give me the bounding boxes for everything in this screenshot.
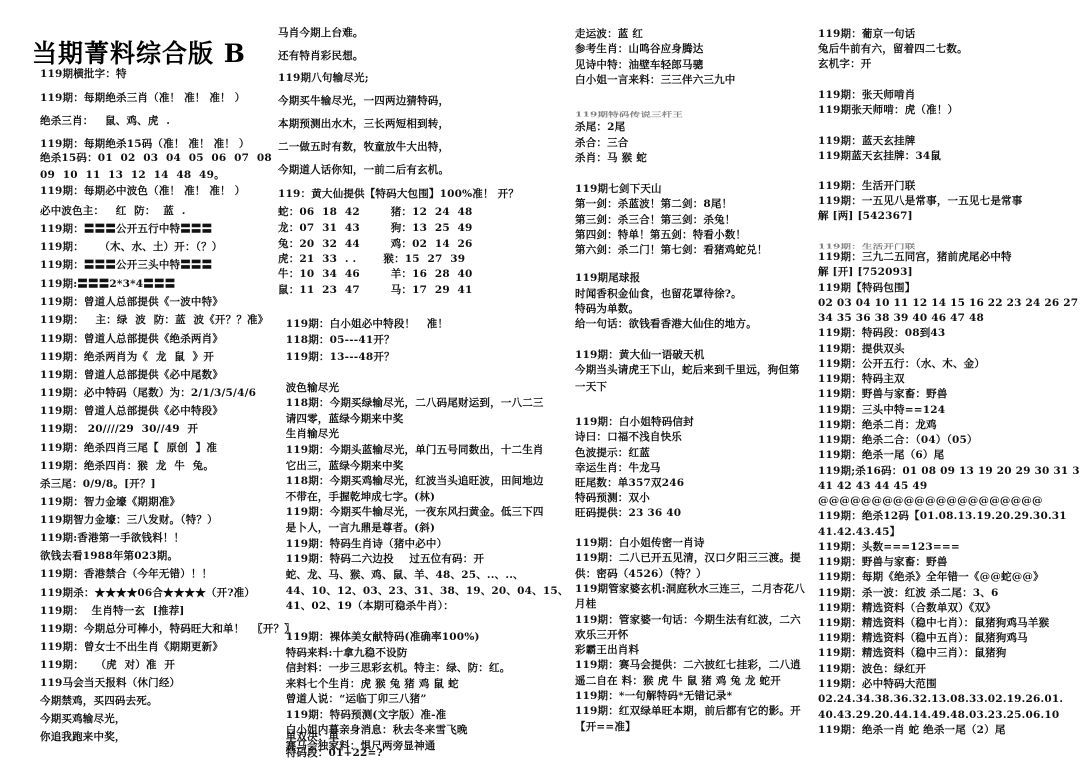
text-line: 白小姐一言来料：三三伴六三九中 [575, 73, 736, 87]
text-line: 解 [开] [752093] [818, 265, 913, 279]
text-line: 彩霸王出肖料 [575, 643, 639, 657]
text-line: 119期：特码预测(文字版）准-准 [278, 708, 446, 722]
text-line: 还有特肖彩民想。 [278, 49, 364, 63]
text-line: 119期：特码生肖诗（猪中必中） [278, 537, 447, 551]
text-line: 119期：绝杀一肖 蛇 绝杀一尾（2）尾 [818, 723, 1006, 737]
text-line: 鼠：11 23 47 马：17 29 41 [278, 283, 473, 297]
text-line: 旺尾数：单357双246 [575, 476, 684, 490]
text-line: 119期：*一句解特码*无错记录* [575, 689, 732, 703]
text-line: 第一剑：杀蓝波！第二剑：8尾！ [575, 197, 732, 211]
text-line: 119期：张天师啃肖 [818, 88, 915, 102]
text-line: @@@@@@@@@@@@@@@@@@@@@ [818, 494, 1043, 508]
text-line: 119期：每期《绝杀》全年错一《@@蛇@@》 [818, 570, 1044, 584]
text-line: 马肖今期上台难。 [278, 26, 364, 40]
text-line: 119期：黄大仙一语破天机 [575, 348, 705, 362]
text-line: 119期：蓝天玄挂牌 [818, 134, 915, 148]
text-line: 解 [两] [542367] [818, 209, 913, 223]
text-line: 119期：特码主双 [818, 372, 905, 386]
text-line: 34 35 36 38 39 40 46 47 48 [818, 311, 984, 325]
text-line: 119期：白小姐必中特段！ 准！ [278, 317, 448, 331]
text-line: 119期：必中特码（尾数）为：2/1/3/5/4/6 [40, 386, 256, 400]
text-line: 41 42 43 44 45 49 [818, 479, 927, 493]
text-line: 118期：05---41开？ [278, 333, 395, 347]
text-line: 必中波色主： 红 防： 蓝 . [40, 204, 186, 218]
text-line: 诗曰：口福不浅自快乐 [575, 430, 682, 444]
text-line: 杀三尾：0/9/8。[开？] [40, 477, 156, 491]
text-line: 绝杀15码：01 02 03 04 05 06 07 08 [40, 151, 272, 165]
text-line: 119期：今期总分可棒小，特码旺大和单！ 〖开？〗 [40, 622, 295, 636]
text-line: 绝杀三肖： 鼠、鸡、虎 . [40, 114, 170, 128]
text-line: 特码预测：双小 [575, 491, 650, 505]
text-line: 119期特码传说三杆王 [575, 111, 683, 119]
text-line: 119期： 生肖特一玄 [推荐] [40, 604, 185, 618]
text-line: 曾道人说：“运临丁卯三八猪” [278, 692, 427, 706]
text-line: 119期： （木、水、土）开：（？） [40, 240, 223, 254]
text-line: 119期：头数===123=== [818, 540, 960, 554]
text-line: 今期禁鸡，买四码去死。 [40, 694, 158, 708]
text-line: 119期： 主：绿 波 防：蓝 波《开？？准》 [40, 313, 268, 327]
text-line: 蛇：06 18 42 猪：12 24 48 [278, 205, 473, 219]
text-line: 今期买鸡输尽光， [40, 712, 126, 726]
text-line: 09 10 11 13 12 14 48 49。 [40, 168, 225, 182]
text-line: 今期买牛输尽光，一四两边猜特码， [278, 94, 449, 108]
text-line: 119：黄大仙提供【特码大包围】100%准！ 开？ [278, 187, 519, 201]
text-line: 第六剑：杀二门！第七剑：看猪鸡蛇兑！ [575, 243, 768, 257]
text-line: 单双决：单 [278, 730, 339, 744]
text-line: 119期：曾女士不出生肖《期期更新》 [40, 640, 223, 654]
text-line: 给一句话：欲钱看香港大仙住的地方。 [575, 317, 757, 331]
text-line: 119期：绝杀两肖为《 龙 鼠 》开 [40, 350, 214, 364]
text-line: 119期：特码二六边投 过五位有码：开 [278, 552, 484, 566]
text-line: 波色输尽光 [278, 381, 339, 395]
text-line: 它出三，蓝绿今期来中奖 [278, 459, 403, 473]
text-line: 供：密码（4526）（特？） [575, 567, 707, 581]
text-line: 119期管家婆玄机:洞庭秋水三连三，二月杏花八 [575, 582, 805, 596]
text-line: 119期：绝杀二肖：龙鸡 [818, 418, 937, 432]
text-line: 第四剑：特单！第五剑：特看小数！ [575, 228, 746, 242]
text-line: 119期：红双绿单旺本期，前后都有它的影。开 [575, 704, 801, 718]
text-line: 特码来料:十拿九稳不设防 [278, 646, 408, 660]
text-line: 欢乐三开怀 [575, 628, 629, 642]
text-line: 参考生肖：山鸣谷应身腾达 [575, 42, 703, 56]
text-line: 119期：曾道人总部提供《必中特段》 [40, 404, 223, 418]
text-line: 119期：管家婆一句话：今期生法有红波，二六 [575, 613, 801, 627]
text-line: 119期杀：★★★★06合★★★★（开?准） [40, 586, 255, 600]
text-line: 119期：三头中特==124 [818, 403, 945, 417]
text-line: 虎：21 33 . . 猴：15 27 39 [278, 252, 465, 266]
text-line: 色波提示：红蓝 [575, 446, 650, 460]
text-line: 119期：精选资料（稳中七肖）：鼠猪狗鸡马羊猴 [818, 616, 1049, 630]
text-line: 119期：绝杀一尾（6）尾 [818, 448, 944, 462]
text-line: 月桂 [575, 597, 596, 611]
text-line: 请四零，蓝绿今期来中奖 [278, 412, 403, 426]
text-line: 119期：必中特码大范围 [818, 677, 937, 691]
text-line: 119期：绝杀二合：（04）（05） [818, 433, 978, 447]
text-line: 杀尾：2尾 [575, 120, 625, 134]
text-line: 119期八句输尽光; [278, 71, 369, 85]
text-line: 走运波：蓝 红 [575, 27, 643, 41]
text-line: 119马会当天报料（休门经） [40, 676, 180, 690]
text-line: 见诗中特：油壁车轻郎马骢 [575, 58, 703, 72]
text-line: 41、02、19（本期可稳杀牛肖）： [278, 599, 454, 613]
text-line: 119期横批字：特 [40, 67, 127, 81]
text-line: 119期：绝杀四肖三尾【 原创 】准 [40, 441, 217, 455]
text-line: 119期： （虎 对）准 开 [40, 658, 175, 672]
text-line: 119期：波色：绿红开 [818, 662, 926, 676]
text-line: 119期：〓〓〓公开五行中特〓〓〓 [40, 222, 212, 236]
text-line: 119期：绝杀四肖：猴 龙 牛 兔。 [40, 459, 214, 473]
text-line: 二一做五时有数，牧童放牛大出特， [278, 140, 449, 154]
text-line: 44、10、12、03、23、31、38、19、20、04、15、 [278, 584, 569, 598]
text-line: 时闻香积金仙食，也留花罩待徐?。 [575, 287, 742, 301]
text-line: 不带在，手握乾坤成七字。(林) [278, 490, 435, 504]
text-line: 119期：白小姐传密一肖诗 [575, 536, 705, 550]
text-line: 一天下 [575, 380, 607, 394]
text-line: 119期：绝杀12码【01.08.13.19.20.29.30.31 [818, 509, 1067, 523]
text-line: 第三剑：杀三合！第三剑：杀兔！ [575, 213, 736, 227]
text-line: 119期七剑下天山 [575, 182, 662, 196]
text-line: 特码为单数。 [575, 302, 639, 316]
text-line: 119期：裸体美女献特码(准确率100%) [278, 630, 480, 644]
text-line: 119期：精选资料（稳中五肖）：鼠猪狗鸡马 [818, 631, 1028, 645]
text-line: 119期：三九二五同宫，猪前虎尾必中特 [818, 250, 1012, 264]
text-line: 02.24.34.38.36.32.13.08.33.02.19.26.01. [818, 692, 1063, 706]
text-line: 119期蓝天玄挂牌：34鼠 [818, 149, 941, 163]
text-line: 119期：葡京一句话 [818, 27, 915, 41]
text-line: 119期：每期绝杀三肖（准！ 准！ 准！ ） [40, 91, 245, 105]
text-line: 119期：每期必中波色（准！ 准！ 准！ ） [40, 184, 245, 198]
text-line: 41.42.43.45】 [818, 525, 900, 539]
page-title: 当期菁料综合版 B [32, 34, 246, 70]
text-line: 本期预测出水木，三长两短相到转， [278, 117, 449, 131]
text-line: 旺码提供：23 36 40 [575, 506, 681, 520]
text-line: 118期：今期买绿输尽光，二八码尾财运到，一八二三 [278, 396, 544, 410]
text-line: 119期：野兽与家畜：野兽 [818, 555, 948, 569]
text-line: 兔后牛前有六，留着四二七数。 [818, 42, 968, 56]
text-line: 遥二自在 料：猴 虎 牛 鼠 猪 鸡 兔 龙 蛇开 [575, 674, 781, 688]
text-line: 杀合：三合 [575, 136, 629, 150]
text-line: 特码段：01+22=? [278, 746, 383, 760]
text-line: 119期：香港禁合（今年无错）！！ [40, 567, 212, 581]
text-line: 119期：曾道人总部提供《绝杀两肖》 [40, 332, 223, 346]
text-line: 你追我跑来中奖， [40, 730, 126, 744]
text-line: 119期：今期头蓝输尽光，单门五号同数出，十二生肖 [278, 443, 544, 457]
text-line: 119期【特码包围】 [818, 281, 915, 295]
text-line: 119期:〓〓〓2*3*4〓〓〓 [40, 277, 175, 291]
text-line: 119期：提供双头 [818, 342, 905, 356]
text-line: 119期：精选资料（稳中三肖）：鼠猪狗 [818, 646, 1006, 660]
text-line: 119期：一五见八是常事，一五见七是常事 [818, 194, 1022, 208]
text-line: 119期：公开五行：（水、木、金） [818, 357, 985, 371]
text-line: 119期：曾道人总部提供《必中尾数》 [40, 368, 223, 382]
text-line: 119期：曾道人总部提供《一波中特》 [40, 295, 223, 309]
text-line: 119期：精选资料（合数单双）《双》 [818, 601, 996, 615]
text-line: 119期智力金壕：三八发财。（特？） [40, 513, 218, 527]
text-line: 119期：每期绝杀15码（准！ 准！ 准！ ） [40, 137, 250, 151]
text-line: 119期：智力金壕《期期准》 [40, 495, 180, 509]
text-line: 今期道人话你知，一前二后有玄机。 [278, 163, 449, 177]
text-line: 119期：今期买牛输尽光，一夜东风扫黄金。低三下四 [278, 505, 544, 519]
text-line: 119期张天师啃：虎（准！） [818, 103, 958, 117]
text-line: 牛：10 34 46 羊：16 28 40 [278, 267, 473, 281]
text-line: 119期;杀16码：01 08 09 13 19 20 29 30 31 32 … [818, 464, 1080, 478]
text-line: 119期： 20////29 30//49 开 [40, 422, 198, 436]
text-line: 119期：〓〓〓公开三头中特〓〓〓 [40, 258, 212, 272]
text-line: 02 03 04 10 11 12 14 15 16 22 23 24 26 2… [818, 296, 1080, 310]
text-line: 40.43.29.20.44.14.49.48.03.23.25.06.10 [818, 708, 1059, 722]
text-line: 119期：杀一波：红波 杀二尾：3、6 [818, 586, 999, 600]
text-line: 龙：07 31 43 狗：13 25 49 [278, 221, 473, 235]
text-line: 119期：赛马会提供：二六披红七挂彩，二八逍 [575, 658, 801, 672]
text-line: 119期：野兽与家畜：野兽 [818, 387, 948, 401]
text-line: 【开==准】 [575, 720, 636, 734]
text-line: 119期：特码段：08到43 [818, 326, 945, 340]
text-line: 蛇、龙、马、猴、鸡、鼠、羊、48、25、..、..、 [278, 568, 524, 582]
text-line: 欲钱去看1988年第023期。 [40, 549, 178, 563]
text-line: 玄机字：开 [818, 57, 872, 71]
text-line: 119期：二八已开五见清，汉口夕阳三三渡。提 [575, 551, 801, 565]
text-line: 兔：20 32 44 鸡：02 14 26 [278, 237, 473, 251]
text-line: 119期:香港第一手欲钱料！！ [40, 531, 184, 545]
text-line: 生肖输尽光 [278, 427, 339, 441]
text-line: 119期尾球报 [575, 271, 640, 285]
text-line: 119期：13---48开？ [278, 350, 395, 364]
text-line: 是卜人，一言九鼎是尊者。(斜) [278, 521, 435, 535]
text-line: 119期：生活开门联 [818, 179, 915, 193]
text-line: 119期：白小姐特码信封 [575, 415, 694, 429]
text-line: 信封料：一步三思彩玄机。特主：绿、防：红。 [278, 661, 510, 675]
text-line: 来料七个生肖：虎 猴 兔 猪 鸡 鼠 蛇 [278, 677, 459, 691]
text-line: 118期：今期买鸡输尽光，红波当头追旺波，田间地边 [278, 474, 544, 488]
text-line: 今期当头请虎王下山，蛇后来到千里远，狗但第 [575, 363, 800, 377]
text-line: 幸运生肖：牛龙马 [575, 461, 661, 475]
text-line: 杀肖：马 猴 蛇 [575, 151, 647, 165]
